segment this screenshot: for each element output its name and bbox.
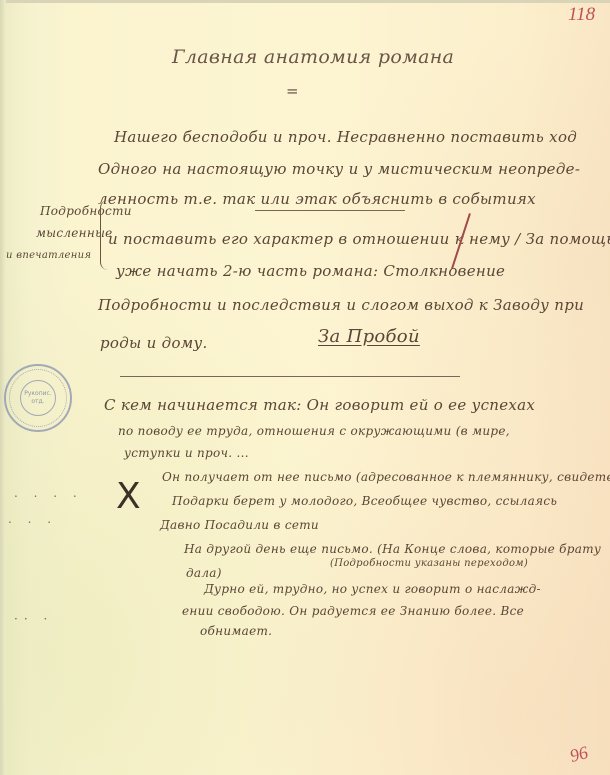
stamp-ring bbox=[9, 369, 67, 427]
margin-dots-2: . . . bbox=[8, 512, 57, 526]
folio-number-top: 118 bbox=[568, 4, 595, 26]
margin-note-line-3: и впечатления bbox=[6, 250, 91, 261]
x-mark: X bbox=[116, 476, 141, 517]
line-5: уже начать 2-ю часть романа: Столкновени… bbox=[116, 262, 505, 280]
section2-insert: (Подробности указаны переходом) bbox=[330, 558, 528, 569]
line-4: и поставить его характер в отношении к н… bbox=[108, 230, 610, 248]
section2-line-2: по поводу ее труда, отношения с окружающ… bbox=[118, 424, 510, 438]
title-separator: = bbox=[286, 82, 299, 100]
line-1: Нашего бесподоби и проч. Несравненно пос… bbox=[114, 128, 577, 146]
signature-za-proboy: За Пробой bbox=[318, 326, 420, 347]
section2-line-5: Подарки берет у молодого, Всеобщее чувст… bbox=[172, 494, 557, 508]
page-title: Главная анатомия романа bbox=[172, 46, 454, 68]
section-divider bbox=[120, 376, 460, 377]
margin-dots-1: . . . . bbox=[14, 486, 83, 500]
line-7: роды и дому. bbox=[100, 334, 208, 352]
folio-number-bottom: 96 bbox=[568, 742, 591, 767]
section2-line-1: С кем начинается так: Он говорит ей о ее… bbox=[104, 396, 535, 414]
section2-line-4: Он получает от нее письмо (адресованное … bbox=[162, 470, 610, 484]
section2-line-3: уступки и проч. ... bbox=[124, 446, 249, 460]
section2-line-11: обнимает. bbox=[200, 624, 272, 638]
underline-phrase bbox=[255, 210, 405, 211]
archive-stamp: Рукопис. отд. bbox=[4, 364, 72, 432]
line-6: Подробности и последствия и слогом выход… bbox=[98, 296, 584, 314]
line-3-text: ленность т.е. так или этак объяснить в с… bbox=[98, 190, 536, 208]
page-top-edge bbox=[0, 0, 610, 3]
manuscript-page: 118 Главная анатомия романа = Нашего бес… bbox=[0, 0, 610, 775]
section2-line-9: Дурно ей, трудно, но успех и говорит о н… bbox=[204, 582, 541, 596]
margin-dots-3: ·· · bbox=[14, 612, 53, 626]
section2-line-7: На другой день еще письмо. (На Конце сло… bbox=[184, 542, 601, 556]
line-3: ленность т.е. так или этак объяснить в с… bbox=[98, 190, 536, 208]
margin-note-line-1: Подробности bbox=[40, 204, 132, 218]
section2-line-10: ении свободою. Он радуется ее Знанию бол… bbox=[182, 604, 524, 618]
section2-line-8: дала) bbox=[186, 566, 222, 580]
line-2: Одного на настоящую точку и у мистически… bbox=[98, 160, 580, 178]
section2-line-6: Давно Посадили в сети bbox=[160, 518, 319, 532]
